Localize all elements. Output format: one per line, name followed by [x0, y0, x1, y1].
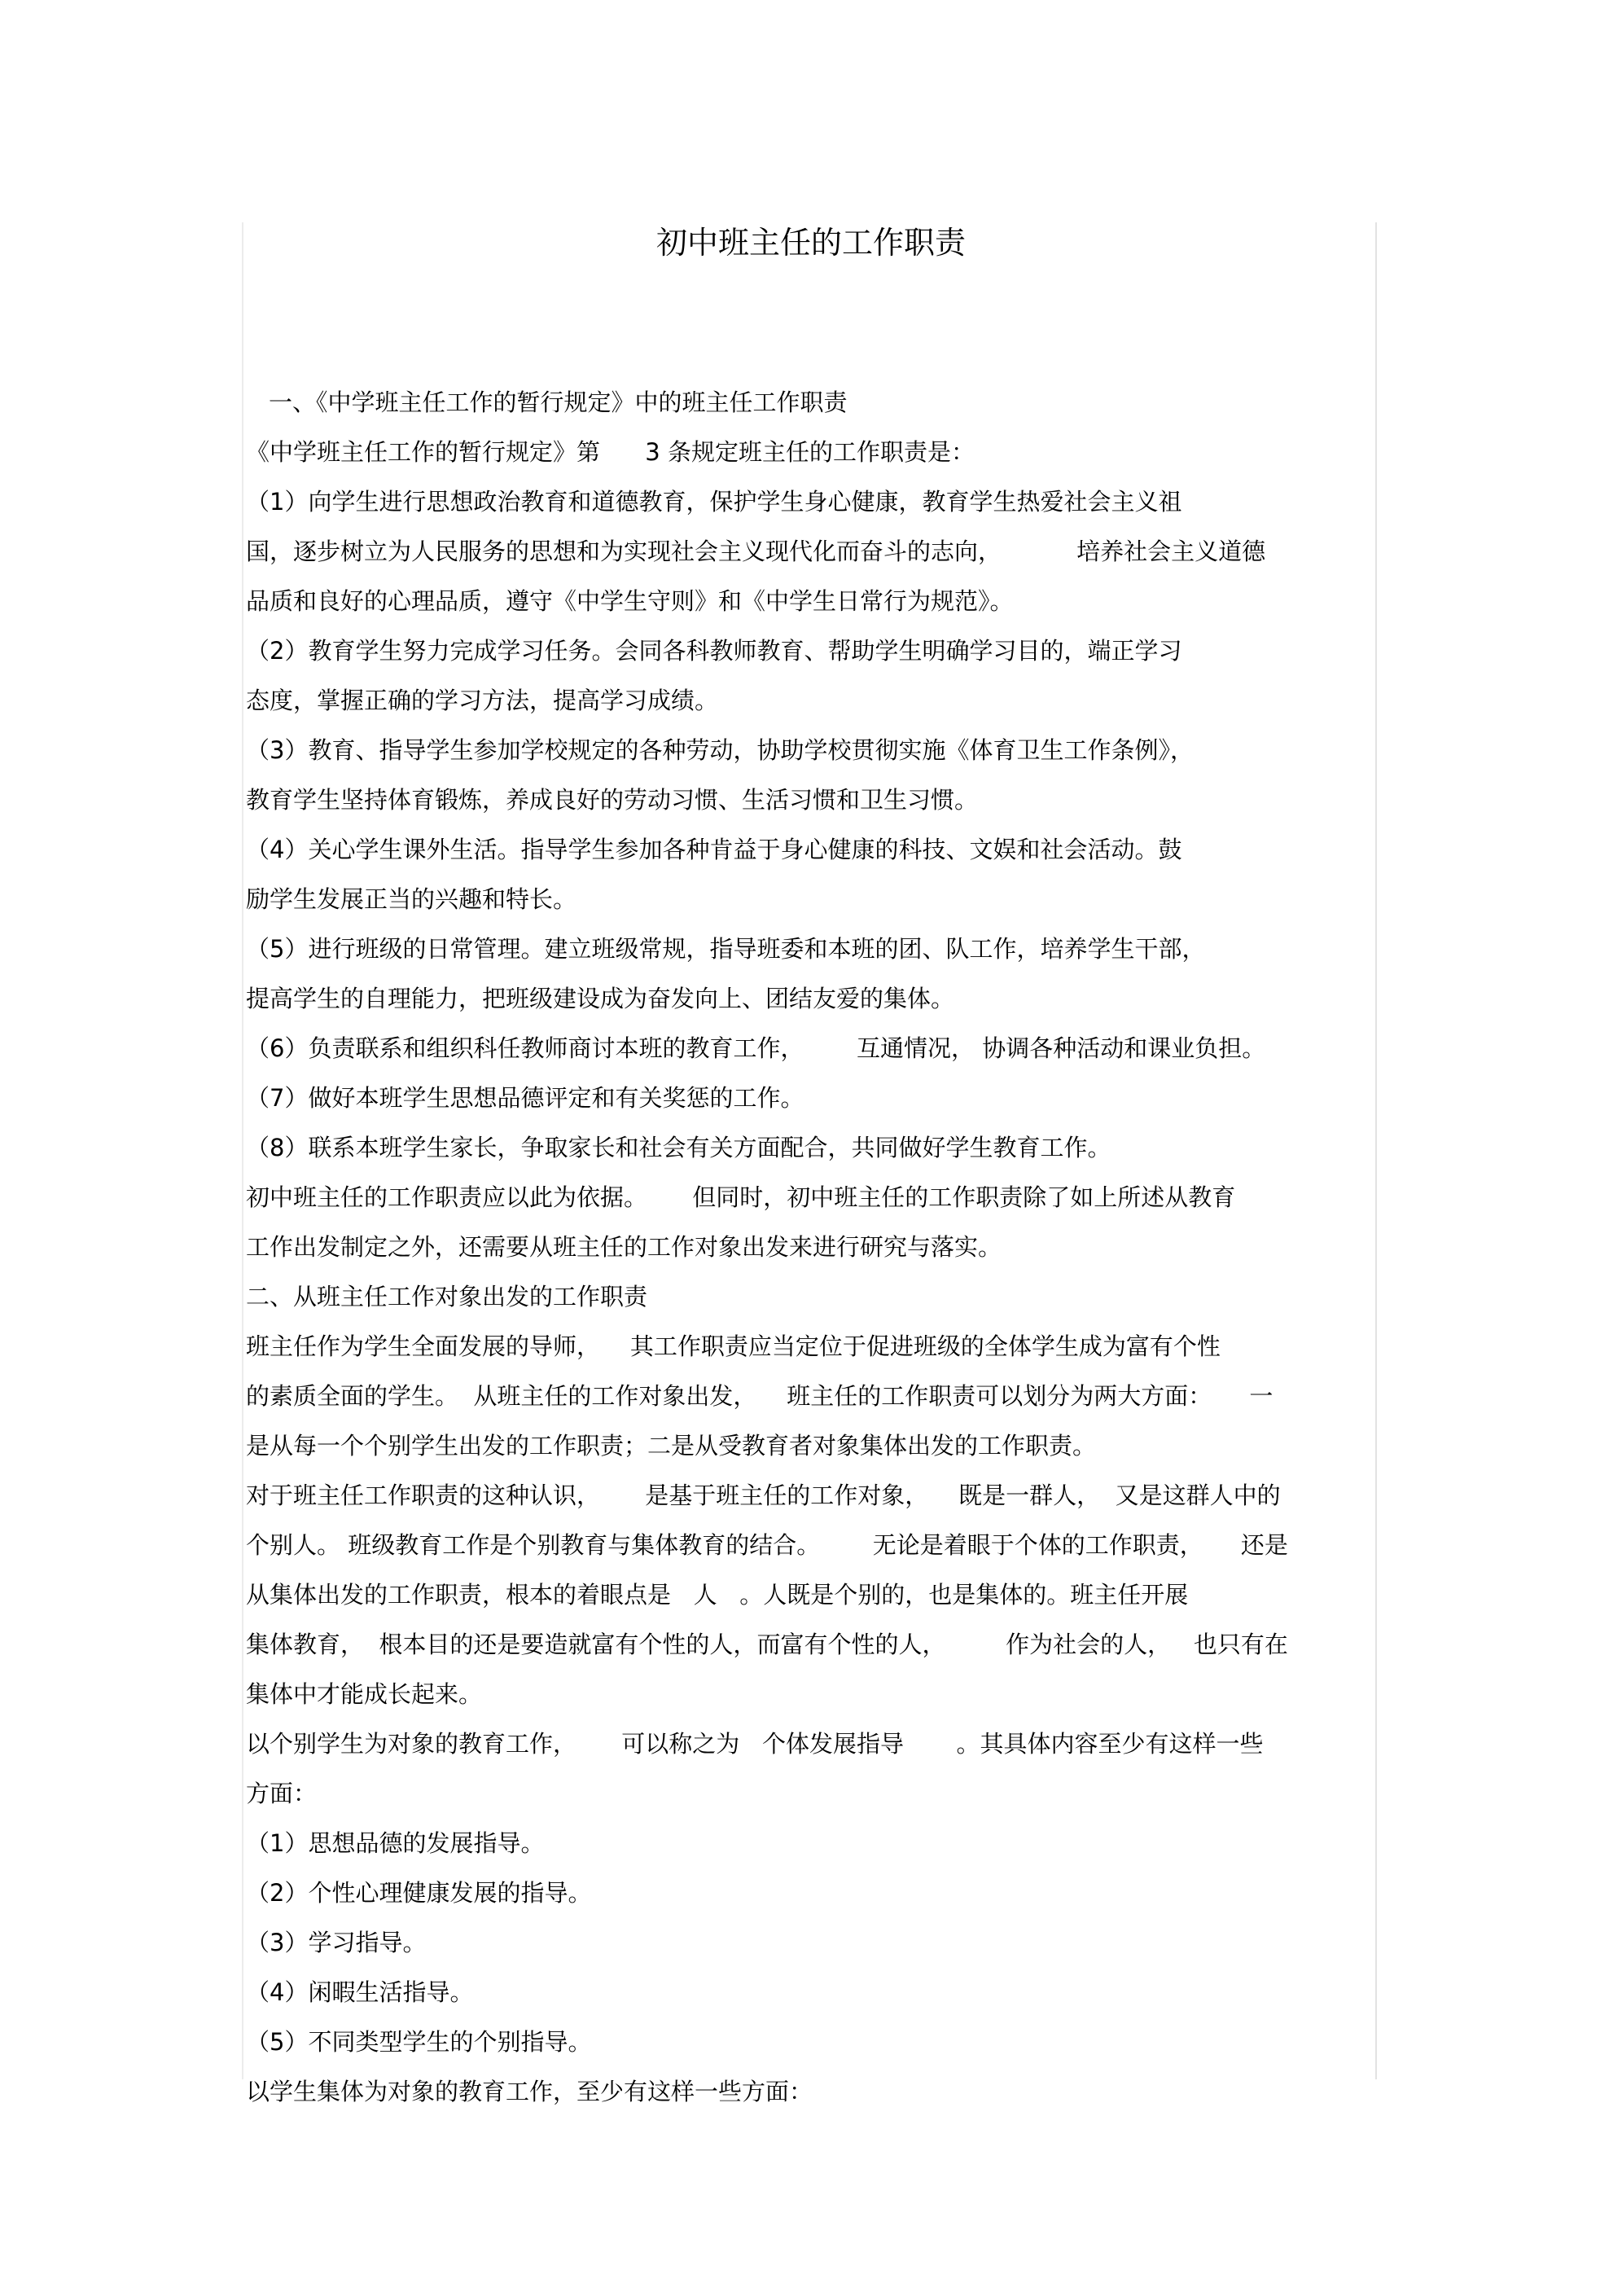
- document-line: （8）联系本班学生家长，争取家长和社会有关方面配合，共同做好学生教育工作。: [246, 1123, 1378, 1173]
- document-line: 个别人。 班级教育工作是个别教育与集体教育的结合。 无论是着眼于个体的工作职责，…: [246, 1521, 1378, 1570]
- document-title: 初中班主任的工作职责: [0, 220, 1622, 266]
- document-line: （6）负责联系和组织科任教师商讨本班的教育工作， 互通情况， 协调各种活动和课业…: [246, 1024, 1378, 1073]
- document-line: 集体中才能成长起来。: [246, 1670, 1378, 1719]
- document-line: 励学生发展正当的兴趣和特长。: [246, 875, 1378, 924]
- document-body: 一、《中学班主任工作的暂行规定》中的班主任工作职责《中学班主任工作的暂行规定》第…: [246, 378, 1378, 2117]
- document-line: （7）做好本班学生思想品德评定和有关奖惩的工作。: [246, 1073, 1378, 1123]
- document-line: （1）向学生进行思想政治教育和道德教育，保护学生身心健康，教育学生热爱社会主义祖: [246, 477, 1378, 527]
- document-line: 初中班主任的工作职责应以此为依据。 但同时，初中班主任的工作职责除了如上所述从教…: [246, 1173, 1378, 1223]
- document-line: 方面：: [246, 1769, 1378, 1819]
- document-line: 是从每一个个别学生出发的工作职责；二是从受教育者对象集体出发的工作职责。: [246, 1421, 1378, 1471]
- document-line: 对于班主任工作职责的这种认识， 是基于班主任的工作对象， 既是一群人， 又是这群…: [246, 1471, 1378, 1521]
- document-line: 态度，掌握正确的学习方法，提高学习成绩。: [246, 676, 1378, 726]
- document-line: 从集体出发的工作职责，根本的着眼点是 人 。人既是个别的，也是集体的。班主任开展: [246, 1570, 1378, 1620]
- document-line: （4）关心学生课外生活。指导学生参加各种肯益于身心健康的科技、文娱和社会活动。鼓: [246, 825, 1378, 875]
- document-line: （3）学习指导。: [246, 1918, 1378, 1968]
- document-line: 以个别学生为对象的教育工作， 可以称之为 个体发展指导 。其具体内容至少有这样一…: [246, 1719, 1378, 1769]
- document-line: 工作出发制定之外，还需要从班主任的工作对象出发来进行研究与落实。: [246, 1223, 1378, 1272]
- document-line: 集体教育， 根本目的还是要造就富有个性的人，而富有个性的人， 作为社会的人， 也…: [246, 1620, 1378, 1670]
- document-line: 的素质全面的学生。 从班主任的工作对象出发， 班主任的工作职责可以划分为两大方面…: [246, 1372, 1378, 1421]
- document-line: 品质和良好的心理品质，遵守《中学生守则》和《中学生日常行为规范》。: [246, 577, 1378, 626]
- document-line: 以学生集体为对象的教育工作，至少有这样一些方面：: [246, 2067, 1378, 2117]
- document-line: 班主任作为学生全面发展的导师， 其工作职责应当定位于促进班级的全体学生成为富有个…: [246, 1322, 1378, 1372]
- document-line: 二、从班主任工作对象出发的工作职责: [246, 1272, 1378, 1322]
- document-line: （5）进行班级的日常管理。建立班级常规，指导班委和本班的团、队工作，培养学生干部…: [246, 924, 1378, 974]
- document-line: （2）教育学生努力完成学习任务。会同各科教师教育、帮助学生明确学习目的，端正学习: [246, 626, 1378, 676]
- page-border-left: [242, 222, 243, 2079]
- document-line: 一、《中学班主任工作的暂行规定》中的班主任工作职责: [246, 378, 1378, 428]
- document-line: 国，逐步树立为人民服务的思想和为实现社会主义现代化而奋斗的志向， 培养社会主义道…: [246, 527, 1378, 577]
- document-line: 教育学生坚持体育锻炼，养成良好的劳动习惯、生活习惯和卫生习惯。: [246, 775, 1378, 825]
- document-line: （4）闲暇生活指导。: [246, 1968, 1378, 2017]
- document-line: （2）个性心理健康发展的指导。: [246, 1868, 1378, 1918]
- document-line: （5）不同类型学生的个别指导。: [246, 2017, 1378, 2067]
- document-line: （3）教育、指导学生参加学校规定的各种劳动，协助学校贯彻实施《体育卫生工作条例》…: [246, 726, 1378, 775]
- document-line: 《中学班主任工作的暂行规定》第 3 条规定班主任的工作职责是：: [246, 428, 1378, 477]
- document-line: 提高学生的自理能力，把班级建设成为奋发向上、团结友爱的集体。: [246, 974, 1378, 1024]
- document-line: （1）思想品德的发展指导。: [246, 1819, 1378, 1868]
